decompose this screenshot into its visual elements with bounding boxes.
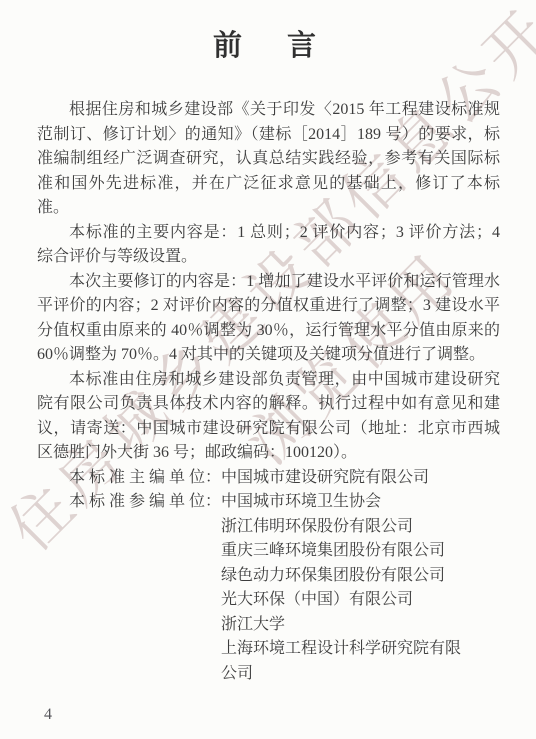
page-title: 前 言 bbox=[37, 28, 500, 64]
participant-unit: 绿色动力环保集团股份有限公司 bbox=[221, 564, 471, 589]
chief-editor-row: 本 标 准 主 编 单 位： 中国城市建设研究院有限公司 bbox=[37, 466, 500, 491]
paragraph-administration: 本标准由住房和城乡建设部负责管理，由中国城市建设研究院有限公司负责具体技术内容的… bbox=[37, 368, 500, 466]
paragraph-revisions: 本次主要修订的内容是：1 增加了建设水平评价和运行管理水平评价的内容；2 对评价… bbox=[37, 270, 500, 368]
paragraph-basis: 根据住房和城乡建设部《关于印发〈2015 年工程建设标准规范制订、修订计划〉的通… bbox=[37, 98, 500, 221]
editing-units-section: 本 标 准 主 编 单 位： 中国城市建设研究院有限公司 本 标 准 参 编 单… bbox=[37, 466, 500, 687]
participant-editors-row: 本 标 准 参 编 单 位： 中国城市环境卫生协会 浙江伟明环保股份有限公司 重… bbox=[37, 490, 500, 686]
page-number: 4 bbox=[44, 706, 52, 724]
participant-editor-values: 中国城市环境卫生协会 浙江伟明环保股份有限公司 重庆三峰环境集团股份有限公司 绿… bbox=[221, 490, 471, 686]
participant-unit: 浙江伟明环保股份有限公司 bbox=[221, 515, 471, 540]
page-content: 前 言 根据住房和城乡建设部《关于印发〈2015 年工程建设标准规范制订、修订计… bbox=[0, 0, 536, 686]
paragraph-main-contents: 本标准的主要内容是：1 总则；2 评价内容；3 评价方法；4 综合评价与等级设置… bbox=[37, 221, 500, 270]
chief-editor-values: 中国城市建设研究院有限公司 bbox=[221, 466, 471, 491]
participant-editors-label: 本 标 准 参 编 单 位： bbox=[69, 490, 221, 515]
participant-unit: 光大环保（中国）有限公司 bbox=[221, 588, 471, 613]
participant-unit: 重庆三峰环境集团股份有限公司 bbox=[221, 539, 471, 564]
participant-unit: 浙江大学 bbox=[221, 613, 471, 638]
scanned-document-page: 住房城乡建设部信息公开 浏览使用 前 言 根据住房和城乡建设部《关于印发〈201… bbox=[0, 0, 536, 739]
foreword-body: 根据住房和城乡建设部《关于印发〈2015 年工程建设标准规范制订、修订计划〉的通… bbox=[37, 98, 500, 466]
chief-editor-label: 本 标 准 主 编 单 位： bbox=[69, 466, 221, 491]
participant-unit: 中国城市环境卫生协会 bbox=[221, 490, 471, 515]
chief-editor-unit: 中国城市建设研究院有限公司 bbox=[221, 466, 471, 491]
participant-unit: 上海环境工程设计科学研究院有限公司 bbox=[221, 637, 471, 686]
